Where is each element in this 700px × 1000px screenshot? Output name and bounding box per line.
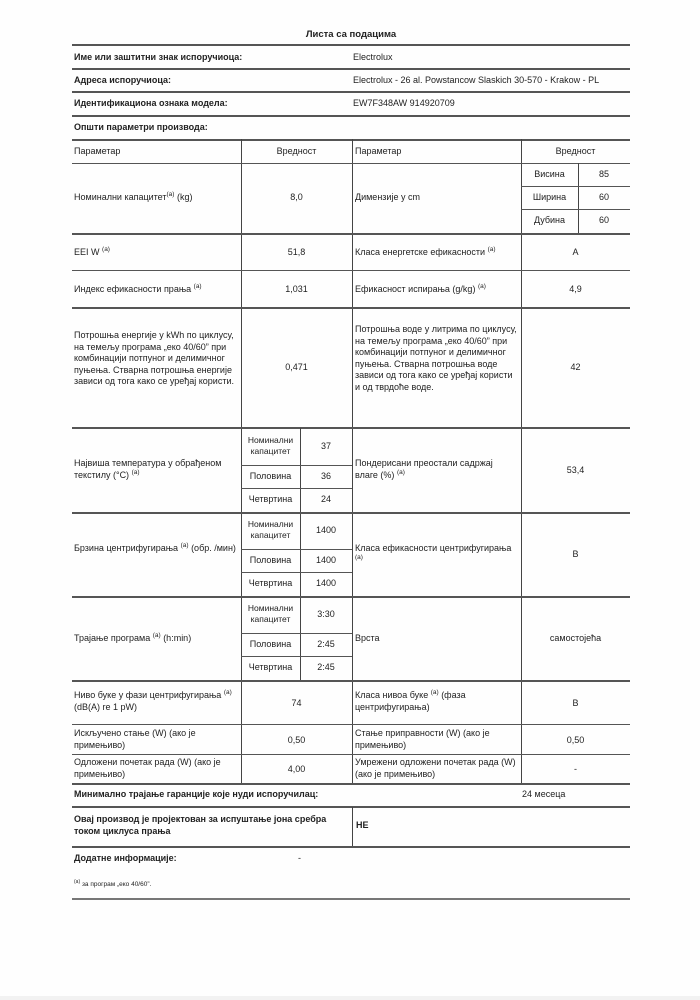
rinse-label: Ефикасност испирања (g/kg) (a) [355, 284, 486, 296]
type-label: Врста [355, 633, 380, 645]
off-mode-value: 0,50 [241, 735, 352, 747]
row-divider [72, 754, 630, 755]
model-value: EW7F348AW 914920709 [353, 98, 455, 110]
column-divider [352, 139, 353, 784]
footnote: (a) за програм „еко 40/60”. [74, 879, 151, 891]
general-params-label: Општи параметри производа: [74, 122, 208, 134]
dimensions-label: Димензије у cm [355, 192, 420, 204]
row-divider [72, 270, 630, 271]
rinse-value: 4,9 [521, 284, 630, 296]
sub-row-divider [241, 572, 352, 573]
row-divider [72, 512, 630, 514]
noise-label: Ниво буке у фази центрифугирања (a) (dB(… [74, 690, 239, 713]
supplier-name-label: Име или заштитни знак испоручиоца: [74, 52, 242, 64]
page-bottom-band [0, 996, 700, 1000]
row-divider [72, 680, 630, 682]
sub-row-divider [521, 209, 630, 210]
standby-label: Стање приправности (W) (ако је примењиво… [355, 728, 517, 751]
water-consumption-label: Потрошња воде у литрима по циклусу, на т… [355, 324, 517, 393]
divider [72, 806, 630, 808]
max-temp-quarter: 24 [300, 494, 352, 506]
delay-start-value: 4,00 [241, 764, 352, 776]
silver-ions-label: Овај производ је пројектован за испуштањ… [74, 814, 344, 837]
document-title: Листа са подацима [72, 29, 630, 40]
networked-delay-value: - [521, 764, 630, 776]
max-temp-label: Највиша температура у обрађеном текстилу… [74, 458, 239, 481]
eei-label: EEI W (a) [74, 247, 110, 259]
capacity-value: 8,0 [241, 192, 352, 204]
height-value: 85 [578, 169, 630, 181]
divider [72, 846, 630, 848]
depth-label: Дубина [521, 215, 578, 227]
divider [72, 115, 630, 117]
table-bottom-rule [72, 783, 630, 785]
divider [72, 68, 630, 70]
load-full-label: Номинални капацитет [241, 435, 300, 457]
divider [72, 91, 630, 93]
divider [72, 44, 630, 46]
load-quarter-label: Четвртина [241, 578, 300, 590]
duration-half: 2:45 [300, 639, 352, 651]
spin-class-value: B [521, 549, 630, 561]
sub-row-divider [521, 186, 630, 187]
supplier-address-value: Electrolux - 26 al. Powstancow Slaskich … [353, 75, 599, 87]
width-value: 60 [578, 192, 630, 204]
noise-class-value: B [521, 698, 630, 710]
spin-speed-label: Брзина центрифугирања (a) (обр. /мин) [74, 543, 239, 555]
load-half-label: Половина [241, 555, 300, 567]
spin-speed-quarter: 1400 [300, 578, 352, 590]
duration-quarter: 2:45 [300, 662, 352, 674]
sub-row-divider [241, 633, 352, 634]
header-value-right: Вредност [521, 146, 630, 158]
delay-start-label: Одложени почетак рада (W) (ако је примењ… [74, 757, 239, 780]
load-full-label: Номинални капацитет [241, 603, 300, 625]
wash-index-label: Индекс ефикасности прања (a) [74, 284, 202, 296]
noise-class-label: Класа нивоа буке (a) (фаза центрифугирањ… [355, 690, 517, 713]
column-divider [521, 139, 522, 784]
silver-ions-value: НЕ [356, 820, 369, 832]
warranty-label: Минимално трајање гаранције које нуди ис… [74, 789, 318, 801]
depth-value: 60 [578, 215, 630, 227]
standby-value: 0,50 [521, 735, 630, 747]
capacity-label: Номинални капацитет(a) (kg) [74, 192, 192, 204]
load-quarter-label: Четвртина [241, 662, 300, 674]
load-half-label: Половина [241, 639, 300, 651]
header-param-left: Параметар [74, 146, 120, 158]
type-value: самостојећа [521, 633, 630, 645]
footer-rule [72, 898, 630, 900]
sub-row-divider [241, 465, 352, 466]
spin-speed-full: 1400 [300, 525, 352, 537]
row-divider [72, 724, 630, 725]
row-divider [72, 307, 630, 309]
table-top-rule [72, 139, 630, 141]
header-value-left: Вредност [241, 146, 352, 158]
row-divider [72, 596, 630, 598]
spin-speed-half: 1400 [300, 555, 352, 567]
networked-delay-label: Умрежени одложени почетак рада (W) (ако … [355, 757, 520, 780]
warranty-value: 24 месеца [522, 789, 565, 801]
supplier-address-label: Адреса испоручиоца: [74, 75, 171, 87]
sub-row-divider [241, 549, 352, 550]
row-divider [72, 163, 630, 164]
row-divider [72, 427, 630, 429]
additional-info-value: - [298, 853, 301, 865]
width-label: Ширина [521, 192, 578, 204]
energy-consumption-label: Потрошња енергије у kWh по циклусу, на т… [74, 330, 238, 388]
off-mode-label: Искључено стање (W) (ако је примењиво) [74, 728, 239, 751]
duration-full: 3:30 [300, 609, 352, 621]
additional-info-label: Додатне информације: [74, 853, 177, 865]
load-quarter-label: Четвртина [241, 494, 300, 506]
moisture-label: Пондерисани преостали садржај влаге (%) … [355, 458, 517, 481]
wash-index-value: 1,031 [241, 284, 352, 296]
sub-row-divider [241, 656, 352, 657]
moisture-value: 53,4 [521, 465, 630, 477]
load-half-label: Половина [241, 471, 300, 483]
column-divider [241, 139, 242, 784]
noise-value: 74 [241, 698, 352, 710]
height-label: Висина [521, 169, 578, 181]
spin-class-label: Класа ефикасности центрифугирања (a) [355, 543, 517, 566]
energy-consumption-value: 0,471 [241, 362, 352, 374]
supplier-name-value: Electrolux [353, 52, 393, 64]
max-temp-full: 37 [300, 441, 352, 453]
column-divider [352, 807, 353, 847]
load-full-label: Номинални капацитет [241, 519, 300, 541]
duration-label: Трајање програма (a) (h:min) [74, 633, 191, 645]
energy-class-value: A [521, 247, 630, 259]
header-param-right: Параметар [355, 146, 401, 158]
sub-row-divider [241, 488, 352, 489]
water-consumption-value: 42 [521, 362, 630, 374]
max-temp-half: 36 [300, 471, 352, 483]
eei-value: 51,8 [241, 247, 352, 259]
model-label: Идентификациона ознака модела: [74, 98, 228, 110]
energy-class-label: Класа енергетске ефикасности (a) [355, 247, 496, 259]
row-divider [72, 233, 630, 235]
